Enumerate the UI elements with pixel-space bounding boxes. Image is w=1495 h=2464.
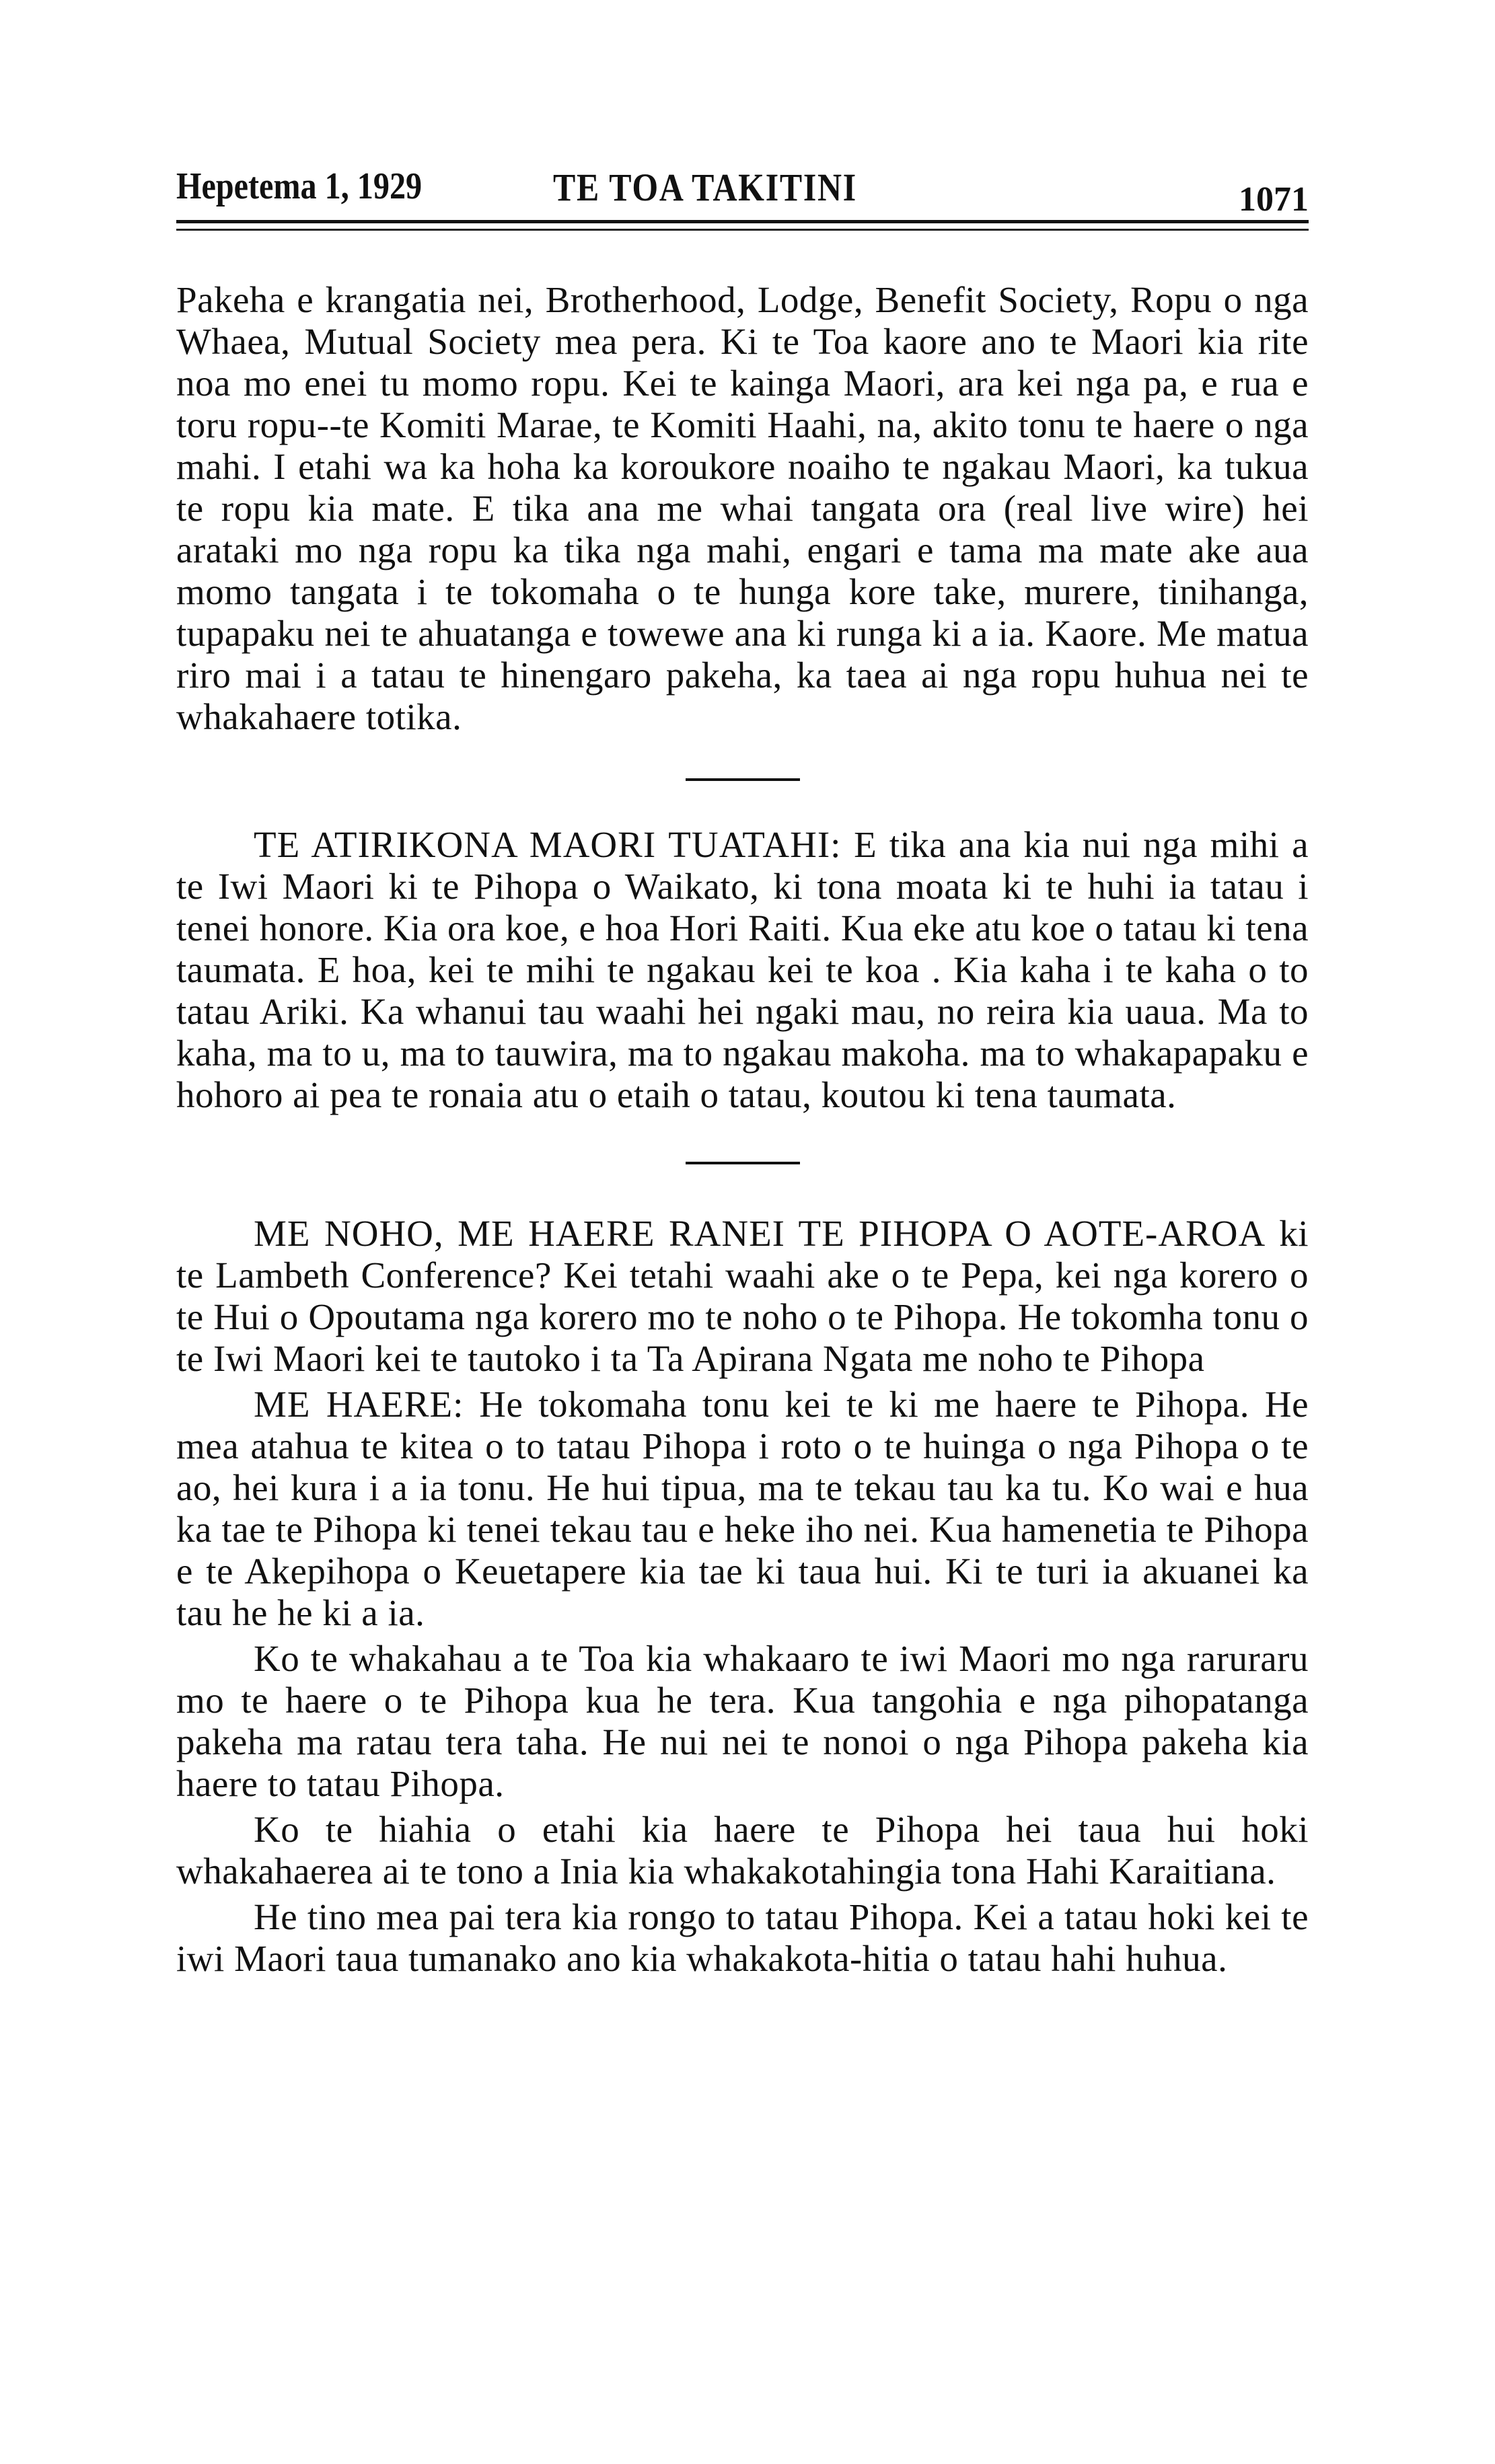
section-heading: TE ATIRIKONA MAORI TUATAHI: bbox=[254, 824, 841, 865]
article-body: Pakeha e krangatia nei, Brotherhood, Lod… bbox=[176, 279, 1309, 1980]
header-rule-thin bbox=[176, 229, 1309, 231]
header-rule-thick bbox=[176, 220, 1309, 223]
paragraph: Ko te hiahia o etahi kia haere te Pihopa… bbox=[176, 1809, 1309, 1892]
section-heading: ME NOHO, ME HAERE RANEI TE PIHOPA O AOTE… bbox=[254, 1213, 1266, 1254]
page-number: 1071 bbox=[1239, 180, 1309, 219]
paragraph-text: E tika ana kia nui nga mihi a te Iwi Mao… bbox=[176, 824, 1309, 1115]
paragraph: TE ATIRIKONA MAORI TUATAHI: E tika ana k… bbox=[176, 824, 1309, 1116]
issue-date: Hepetema 1, 1929 bbox=[176, 165, 422, 208]
section-divider bbox=[686, 1162, 800, 1164]
paragraph: ME NOHO, ME HAERE RANEI TE PIHOPA O AOTE… bbox=[176, 1213, 1309, 1380]
paragraph: ME HAERE: He tokomaha tonu kei te ki me … bbox=[176, 1384, 1309, 1634]
paragraph-lead: ME HAERE: bbox=[254, 1384, 464, 1425]
section-atirikona: TE ATIRIKONA MAORI TUATAHI: E tika ana k… bbox=[176, 824, 1309, 1116]
section-continuation: Pakeha e krangatia nei, Brotherhood, Lod… bbox=[176, 279, 1309, 738]
paragraph: He tino mea pai tera kia rongo to tatau … bbox=[176, 1896, 1309, 1980]
running-head: Hepetema 1, 1929 TE TOA TAKITINI 1071 bbox=[176, 165, 1309, 219]
paragraph: Ko te whakahau a te Toa kia whakaaro te … bbox=[176, 1638, 1309, 1805]
paragraph: Pakeha e krangatia nei, Brotherhood, Lod… bbox=[176, 279, 1309, 738]
section-pihopa: ME NOHO, ME HAERE RANEI TE PIHOPA O AOTE… bbox=[176, 1213, 1309, 1980]
section-divider bbox=[686, 778, 800, 781]
publication-title: TE TOA TAKITINI bbox=[553, 165, 857, 210]
